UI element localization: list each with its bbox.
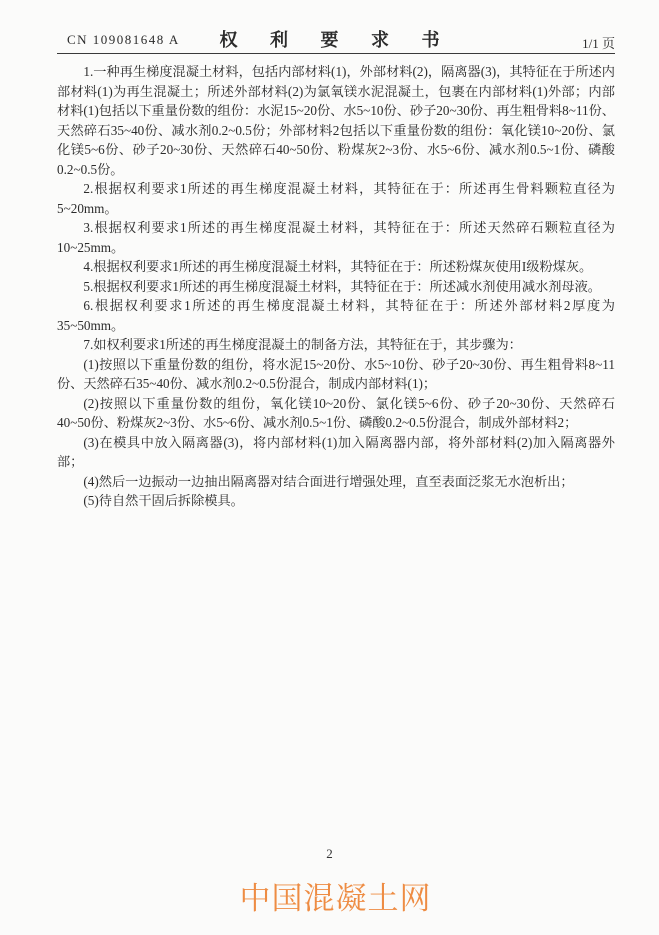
claim-paragraph-1: 1.一种再生梯度混凝土材料，包括内部材料(1)，外部材料(2)，隔离器(3)，其… [57, 62, 615, 179]
page-indicator: 1/1 页 [582, 33, 615, 52]
patent-claims-page: CN 109081648 A 权 利 要 求 书 1/1 页 1.一种再生梯度混… [0, 0, 659, 935]
document-title: 权 利 要 求 书 [220, 26, 454, 52]
claim-step-1: (1)按照以下重量份数的组份，将水泥15~20份、水5~10份、砂子20~30份… [57, 355, 615, 394]
claim-paragraph-5: 5.根据权利要求1所述的再生梯度混凝土材料，其特征在于：所述减水剂使用减水剂母液… [57, 277, 615, 297]
page-number: 2 [0, 846, 659, 862]
claim-step-4: (4)然后一边振动一边抽出隔离器对结合面进行增强处理，直至表面泛浆无水泡析出； [57, 472, 615, 492]
claim-paragraph-2: 2.根据权利要求1所述的再生梯度混凝土材料，其特征在于：所述再生骨料颗粒直径为5… [57, 179, 615, 218]
claim-paragraph-3: 3.根据权利要求1所述的再生梯度混凝土材料，其特征在于：所述天然碎石颗粒直径为1… [57, 218, 615, 257]
watermark: 中国混凝土网 [12, 873, 659, 918]
header-title-container: 权 利 要 求 书 [0, 26, 659, 52]
claim-paragraph-4: 4.根据权利要求1所述的再生梯度混凝土材料，其特征在于：所述粉煤灰使用I级粉煤灰… [57, 257, 615, 277]
claim-paragraph-7: 7.如权利要求1所述的再生梯度混凝土的制备方法，其特征在于，其步骤为： [57, 335, 615, 355]
claim-step-2: (2)按照以下重量份数的组份，氧化镁10~20份、氯化镁5~6份、砂子20~30… [57, 394, 615, 433]
claim-step-5: (5)待自然干固后拆除模具。 [57, 491, 615, 511]
claim-paragraph-6: 6.根据权利要求1所述的再生梯度混凝土材料，其特征在于：所述外部材料2厚度为35… [57, 296, 615, 335]
claim-step-3: (3)在模具中放入隔离器(3)，将内部材料(1)加入隔离器内部，将外部材料(2)… [57, 433, 615, 472]
claims-body: 1.一种再生梯度混凝土材料，包括内部材料(1)，外部材料(2)，隔离器(3)，其… [57, 62, 615, 511]
header-divider [57, 53, 615, 54]
